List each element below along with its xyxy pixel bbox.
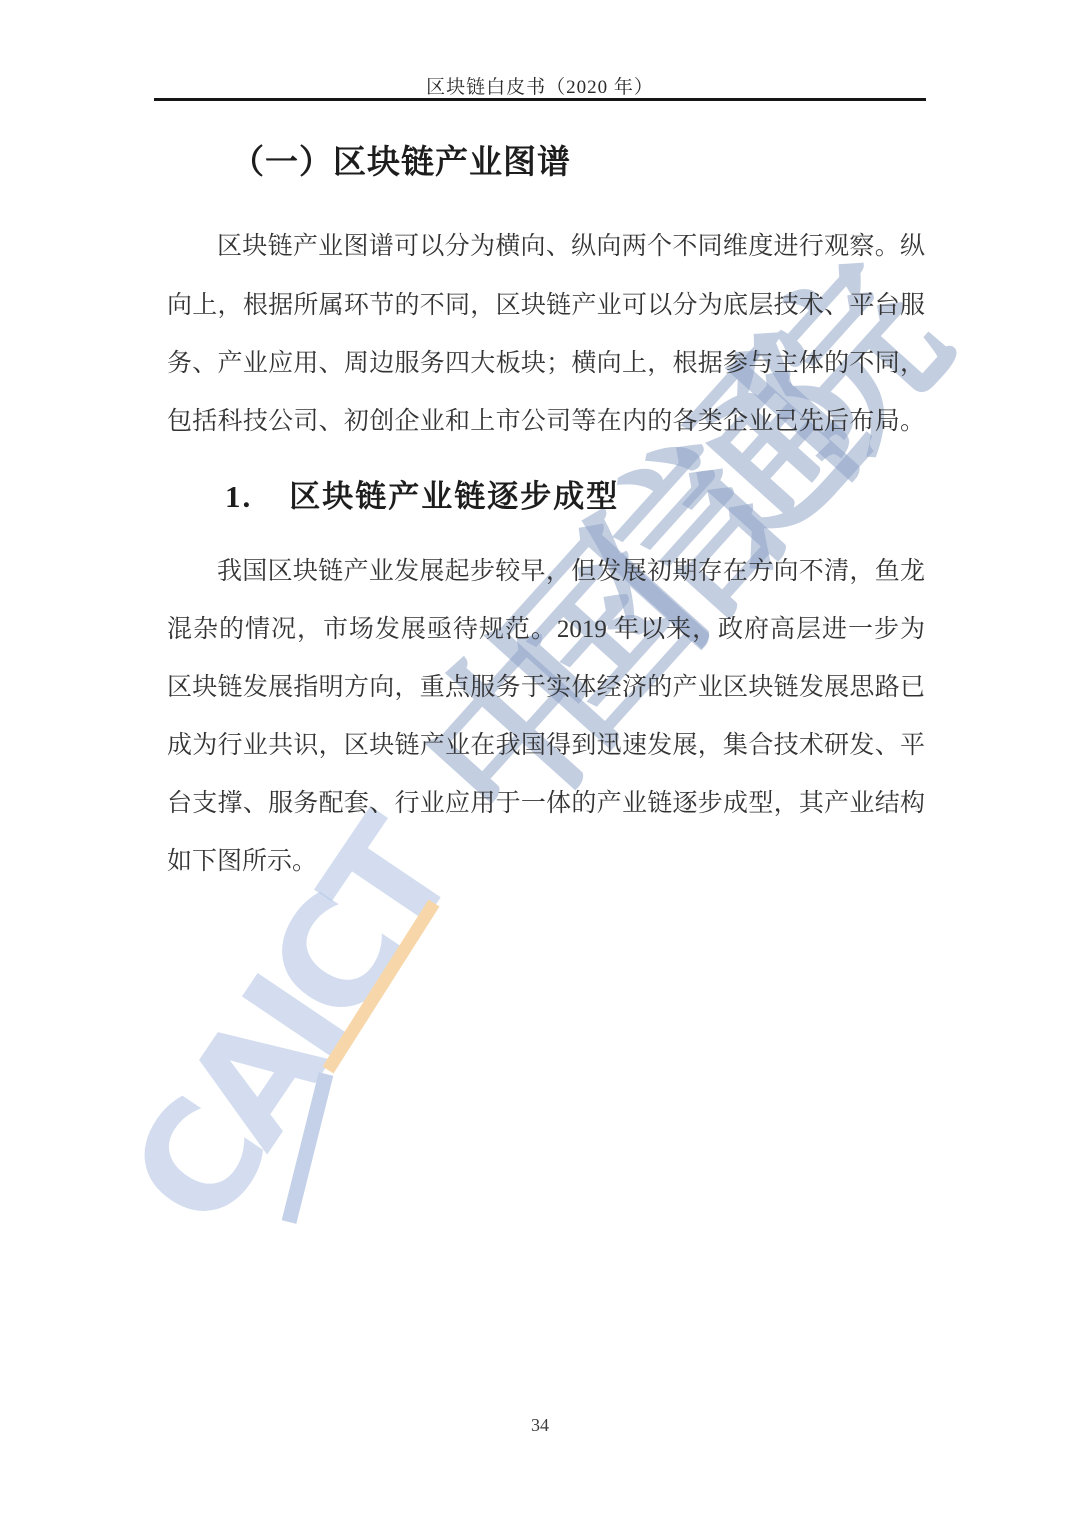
paragraph-line: 如下图所示。 <box>167 845 925 879</box>
paragraph-line: 区块链发展指明方向，重点服务于实体经济的产业区块链发展思路已 <box>167 671 925 705</box>
subsection-heading: 1.区块链产业链逐步成型 <box>225 471 619 516</box>
paragraph-line: 区块链产业图谱可以分为横向、纵向两个不同维度进行观察。纵 <box>167 230 925 264</box>
paragraph-line: 台支撑、服务配套、行业应用于一体的产业链逐步成型，其产业结构 <box>167 787 925 821</box>
page-content: （一）区块链产业图谱 区块链产业图谱可以分为横向、纵向两个不同维度进行观察。纵 … <box>0 0 1080 1528</box>
paragraph-line: 包括科技公司、初创企业和上市公司等在内的各类企业已先后布局。 <box>167 405 925 439</box>
header-rule <box>154 98 926 101</box>
document-page: 中国信通院 CAICT 区块链白皮书（2020 年） （一）区块链产业图谱 区块… <box>0 0 1080 1528</box>
running-header: 区块链白皮书（2020 年） <box>0 72 1080 99</box>
section-heading: （一）区块链产业图谱 <box>231 136 571 183</box>
page-number: 34 <box>0 1415 1080 1436</box>
paragraph-line: 我国区块链产业发展起步较早，但发展初期存在方向不清，鱼龙 <box>167 555 925 589</box>
paragraph-line: 混杂的情况，市场发展亟待规范。2019 年以来，政府高层进一步为 <box>167 613 925 647</box>
paragraph-line: 向上，根据所属环节的不同，区块链产业可以分为底层技术、平台服 <box>167 289 925 323</box>
paragraph-line: 务、产业应用、周边服务四大板块；横向上，根据参与主体的不同， <box>167 347 925 381</box>
paragraph-line: 成为行业共识，区块链产业在我国得到迅速发展，集合技术研发、平 <box>167 729 925 763</box>
subsection-number: 1. <box>225 479 252 514</box>
subsection-title: 区块链产业链逐步成型 <box>289 479 619 514</box>
